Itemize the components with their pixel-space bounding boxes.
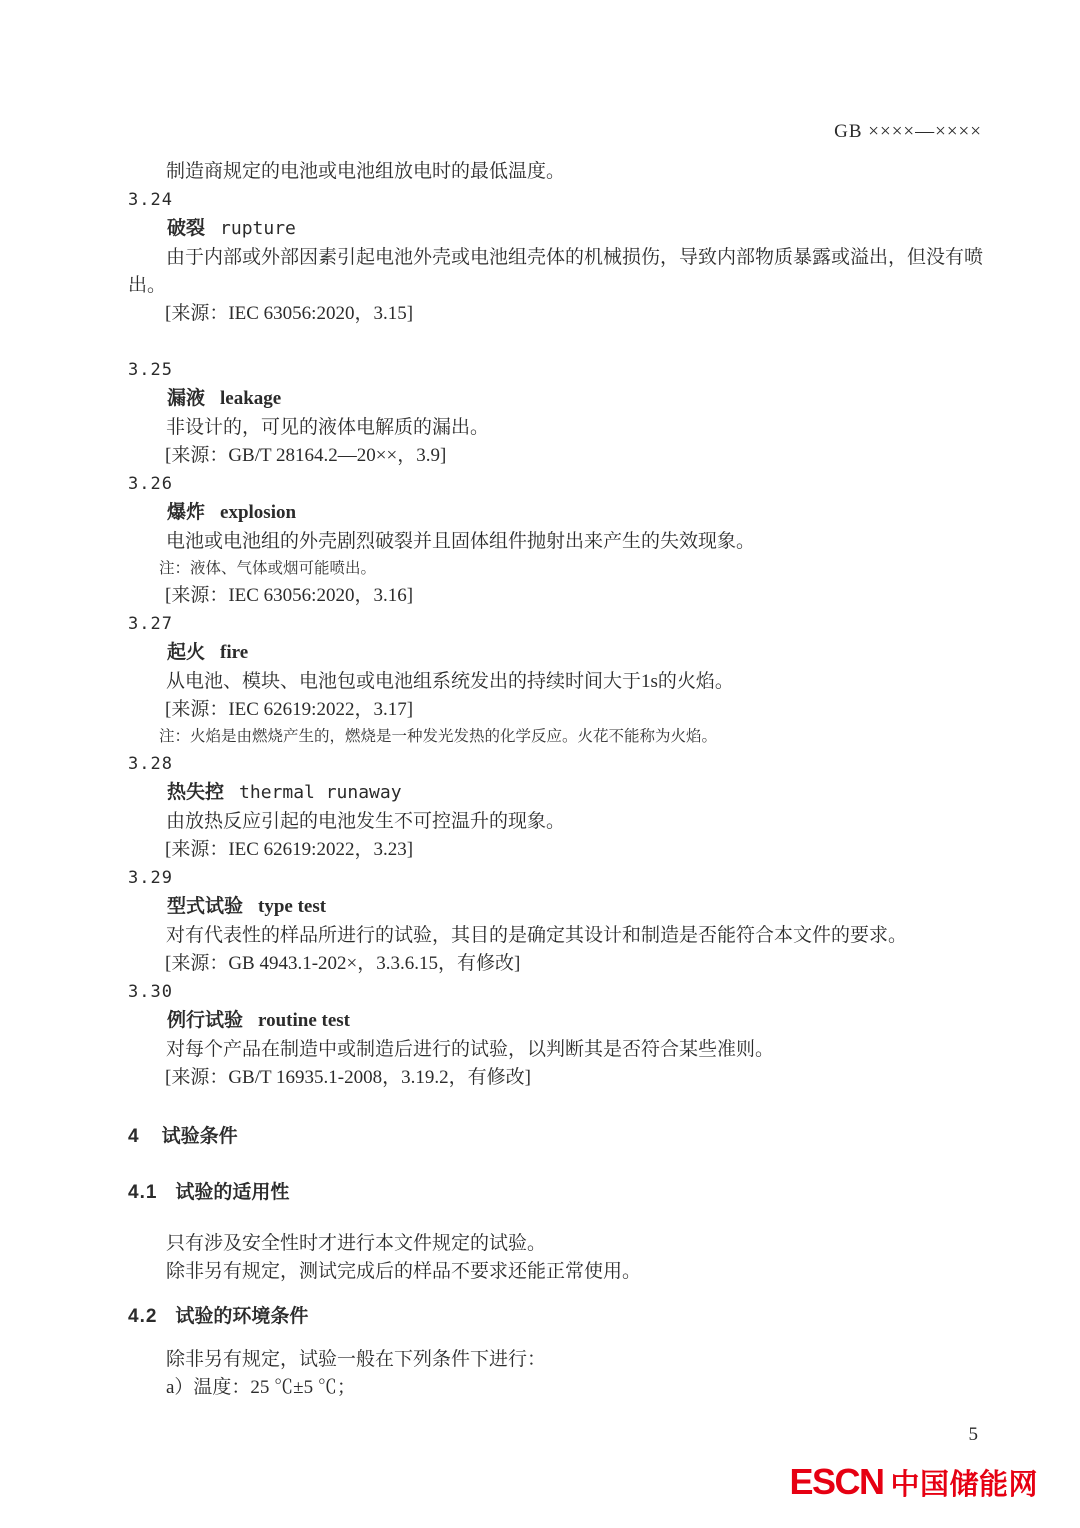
term-line: 例行试验routine test (128, 1006, 988, 1036)
term-english: type test (258, 896, 326, 917)
source-reference: [来源：GB 4943.1-202×，3.3.6.15，有修改] (128, 950, 988, 978)
clause-3-29: 3.29 型式试验type test 对有代表性的样品所进行的试验，其目的是确定… (128, 864, 988, 978)
definition-text: 对每个产品在制造中或制造后进行的试验，以判断其是否符合某些准则。 (128, 1036, 988, 1064)
paragraph: 除非另有规定，测试完成后的样品不要求还能正常使用。 (128, 1258, 988, 1286)
page-content: GB ××××—×××× 制造商规定的电池或电池组放电时的最低温度。 3.24 … (0, 0, 1080, 1402)
term-chinese: 漏液 (167, 388, 205, 409)
clause-3-30: 3.30 例行试验routine test 对每个产品在制造中或制造后进行的试验… (128, 978, 988, 1092)
page-number: 5 (969, 1424, 979, 1446)
term-chinese: 热失控 (167, 782, 224, 803)
list-item-a: a）温度：25 ℃±5 ℃； (128, 1374, 988, 1402)
term-line: 爆炸explosion (128, 498, 988, 528)
source-reference: [来源：IEC 63056:2020，3.16] (128, 582, 988, 610)
term-chinese: 型式试验 (167, 896, 243, 917)
clause-3-24: 3.24 破裂rupture 由于内部或外部因素引起电池外壳或电池组壳体的机械损… (128, 186, 988, 328)
chapter-4-heading: 4试验条件 (128, 1122, 988, 1152)
source-reference: [来源：IEC 62619:2022，3.17] (128, 696, 988, 724)
term-english: rupture (220, 218, 296, 239)
escn-logo-chinese-text: 中国储能网 (890, 1469, 1038, 1501)
escn-logo-text: ESCN (789, 1461, 883, 1502)
term-line: 漏液leakage (128, 384, 988, 414)
source-reference: [来源：GB/T 16935.1-2008，3.19.2，有修改] (128, 1064, 988, 1092)
clause-3-26: 3.26 爆炸explosion 电池或电池组的外壳剧烈破裂并且固体组件抛射出来… (128, 470, 988, 610)
clause-number: 3.26 (128, 470, 988, 498)
term-english: thermal runaway (239, 782, 402, 803)
section-4-1-body: 只有涉及安全性时才进行本文件规定的试验。 除非另有规定，测试完成后的样品不要求还… (128, 1230, 988, 1286)
clause-number: 3.25 (128, 356, 988, 384)
term-line: 起火fire (128, 638, 988, 668)
clause-number: 3.30 (128, 978, 988, 1006)
term-chinese: 爆炸 (167, 502, 205, 523)
definition-text: 由放热反应引起的电池发生不可控温升的现象。 (128, 808, 988, 836)
section-4-1-heading: 4.1试验的适用性 (128, 1178, 988, 1208)
clause-3-27: 3.27 起火fire 从电池、模块、电池包或电池组系统发出的持续时间大于1s的… (128, 610, 988, 750)
section-4-2-body: 除非另有规定，试验一般在下列条件下进行： a）温度：25 ℃±5 ℃； (128, 1346, 988, 1402)
escn-watermark-logo: ESCN中国储能网 (789, 1464, 1038, 1508)
definition-text: 从电池、模块、电池包或电池组系统发出的持续时间大于1s的火焰。 (128, 668, 988, 696)
term-chinese: 起火 (167, 642, 205, 663)
source-reference: [来源：GB/T 28164.2—20××，3.9] (128, 442, 988, 470)
term-english: fire (220, 642, 248, 663)
note-text: 注：液体、气体或烟可能喷出。 (128, 556, 988, 582)
term-line: 破裂rupture (128, 214, 988, 244)
section-title: 试验的环境条件 (175, 1306, 308, 1327)
clause-number: 3.27 (128, 610, 988, 638)
definition-text: 非设计的，可见的液体电解质的漏出。 (128, 414, 988, 442)
term-english: routine test (258, 1010, 350, 1031)
document-page: GB ××××—×××× 制造商规定的电池或电池组放电时的最低温度。 3.24 … (0, 0, 1080, 1528)
chapter-title: 试验条件 (162, 1126, 238, 1147)
definition-text: 由于内部或外部因素引起电池外壳或电池组壳体的机械损伤，导致内部物质暴露或溢出，但… (128, 244, 988, 300)
source-reference: [来源：IEC 63056:2020，3.15] (128, 300, 988, 328)
section-4-2-heading: 4.2试验的环境条件 (128, 1302, 988, 1332)
carryover-definition-text: 制造商规定的电池或电池组放电时的最低温度。 (128, 158, 988, 186)
clause-3-25: 3.25 漏液leakage 非设计的，可见的液体电解质的漏出。 [来源：GB/… (128, 356, 988, 470)
definition-text: 电池或电池组的外壳剧烈破裂并且固体组件抛射出来产生的失效现象。 (128, 528, 988, 556)
clause-number: 3.29 (128, 864, 988, 892)
term-chinese: 破裂 (167, 218, 205, 239)
paragraph: 只有涉及安全性时才进行本文件规定的试验。 (128, 1230, 988, 1258)
chapter-number: 4 (128, 1126, 140, 1147)
clause-number: 3.24 (128, 186, 988, 214)
paragraph: 除非另有规定，试验一般在下列条件下进行： (128, 1346, 988, 1374)
document-code-header: GB ××××—×××× (128, 118, 988, 146)
source-reference: [来源：IEC 62619:2022，3.23] (128, 836, 988, 864)
definition-text: 对有代表性的样品所进行的试验，其目的是确定其设计和制造是否能符合本文件的要求。 (128, 922, 988, 950)
term-line: 型式试验type test (128, 892, 988, 922)
term-chinese: 例行试验 (167, 1010, 243, 1031)
section-title: 试验的适用性 (175, 1182, 289, 1203)
clause-3-28: 3.28 热失控thermal runaway 由放热反应引起的电池发生不可控温… (128, 750, 988, 864)
section-number: 4.2 (128, 1306, 157, 1327)
term-line: 热失控thermal runaway (128, 778, 988, 808)
section-number: 4.1 (128, 1182, 157, 1203)
note-text: 注：火焰是由燃烧产生的，燃烧是一种发光发热的化学反应。火花不能称为火焰。 (128, 724, 988, 750)
clause-number: 3.28 (128, 750, 988, 778)
term-english: explosion (220, 502, 296, 523)
term-english: leakage (220, 388, 281, 409)
